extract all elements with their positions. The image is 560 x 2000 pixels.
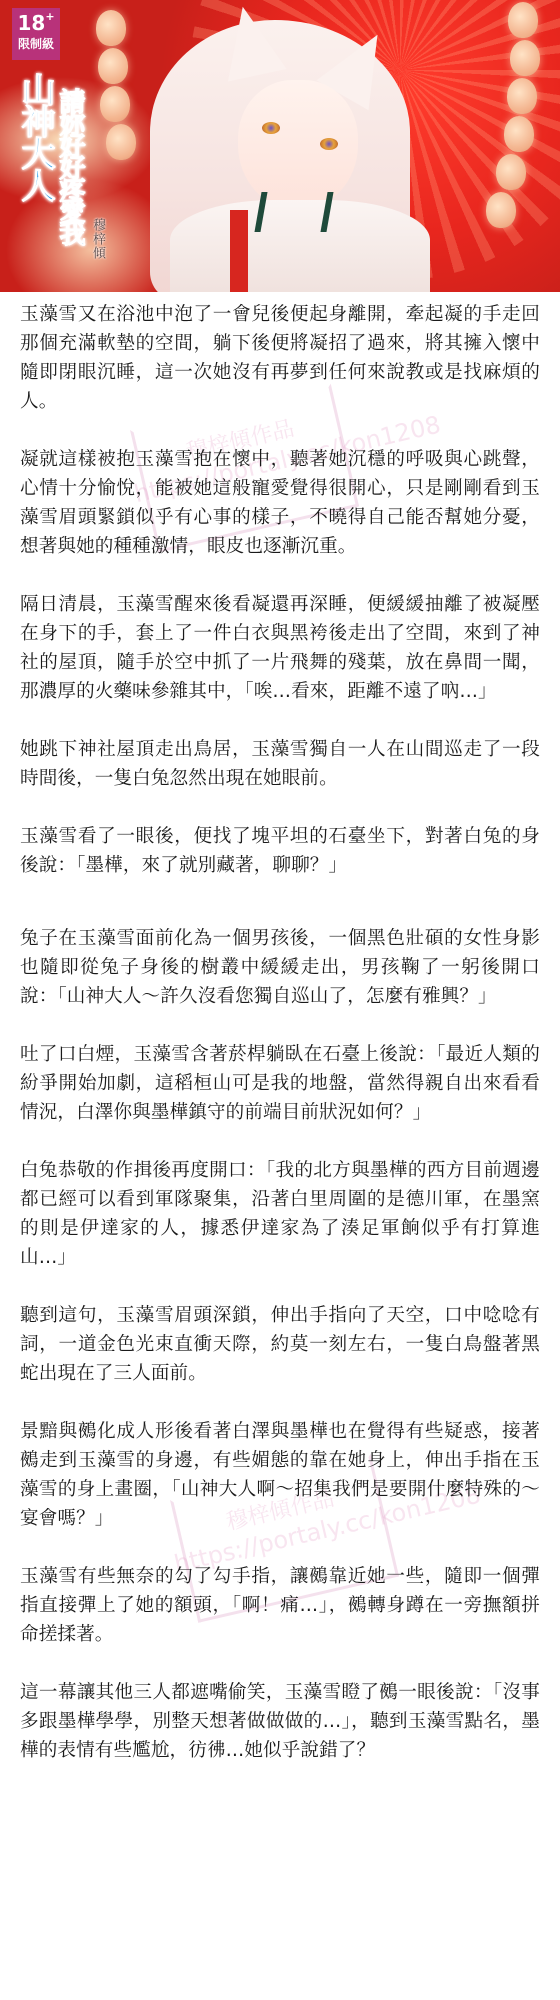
lantern-decoration bbox=[510, 40, 540, 76]
paragraph-spacer bbox=[20, 1388, 540, 1417]
paragraph-spacer bbox=[20, 1127, 540, 1156]
robe-collar bbox=[254, 192, 333, 232]
chapter-body: 玉藻雪又在浴池中泡了一會兒後便起身離開，牽起凝的手走回那個充滿軟墊的空間，躺下後… bbox=[20, 300, 540, 1765]
lantern-decoration bbox=[508, 2, 538, 38]
paragraph-spacer bbox=[20, 706, 540, 735]
paragraph: 白兔恭敬的作揖後再度開口：「我的北方與墨樺的西方目前週邊都已經可以看到軍隊聚集，… bbox=[20, 1156, 540, 1272]
robe-red-cord bbox=[230, 210, 248, 292]
author-name: 穆梓傾 bbox=[88, 218, 107, 260]
paragraph-spacer bbox=[20, 793, 540, 822]
age-rating-number: 18+ bbox=[12, 10, 60, 36]
lantern-decoration bbox=[100, 86, 130, 122]
character-face bbox=[238, 80, 358, 210]
paragraph: 玉藻雪有些無奈的勾了勾手指，讓鵺靠近她一些，隨即一個彈指直接彈上了她的額頭，「啊… bbox=[20, 1562, 540, 1649]
paragraph: 兔子在玉藻雪面前化為一個男孩後，一個黑色壯碩的女性身影也隨即從兔子身後的樹叢中緩… bbox=[20, 924, 540, 1011]
lantern-decoration bbox=[486, 192, 516, 228]
paragraph: 這一幕讓其他三人都遮嘴偷笑，玉藻雪瞪了鵺一眼後說：「沒事多跟墨樺學學，別整天想著… bbox=[20, 1678, 540, 1765]
paragraph: 吐了口白煙，玉藻雪含著菸桿躺臥在石臺上後說：「最近人類的紛爭開始加劇，這稻桓山可… bbox=[20, 1040, 540, 1127]
character-eye bbox=[320, 138, 338, 150]
lantern-decoration bbox=[98, 48, 128, 84]
paragraph: 凝就這樣被抱玉藻雪抱在懷中，聽著她沉穩的呼吸與心跳聲，心情十分愉悅，能被她這般寵… bbox=[20, 445, 540, 561]
rating-label: 限制級 bbox=[12, 36, 60, 52]
paragraph: 景黯與鵺化成人形後看著白澤與墨樺也在覺得有些疑惑，接著鵺走到玉藻雪的身邊，有些媚… bbox=[20, 1417, 540, 1533]
book-title-sub: 請妳好好疼愛我 bbox=[55, 88, 85, 242]
character-eye bbox=[262, 122, 280, 134]
paragraph-spacer bbox=[20, 1011, 540, 1040]
lantern-decoration bbox=[504, 116, 534, 152]
cover-image: 18+ 限制級 山神大人 請妳好好疼愛我 穆梓傾 bbox=[0, 0, 560, 292]
paragraph: 玉藻雪看了一眼後，便找了塊平坦的石臺坐下，對著白兔的身後說：「墨樺，來了就別藏著… bbox=[20, 822, 540, 880]
paragraph-spacer bbox=[20, 416, 540, 445]
age-rating-badge: 18+ 限制級 bbox=[12, 8, 60, 60]
paragraph: 聽到這句，玉藻雪眉頭深鎖，伸出手指向了天空，口中唸唸有詞，一道金色光束直衝天際，… bbox=[20, 1301, 540, 1388]
lantern-decoration bbox=[507, 78, 537, 114]
paragraph-spacer bbox=[20, 1533, 540, 1562]
paragraph: 她跳下神社屋頂走出鳥居，玉藻雪獨自一人在山間巡走了一段時間後，一隻白兔忽然出現在… bbox=[20, 735, 540, 793]
paragraph-spacer bbox=[20, 561, 540, 590]
paragraph-spacer bbox=[20, 1649, 540, 1678]
lantern-decoration bbox=[496, 154, 526, 190]
paragraph-spacer bbox=[20, 880, 540, 924]
paragraph-spacer bbox=[20, 1272, 540, 1301]
lantern-decoration bbox=[106, 124, 136, 160]
paragraph: 玉藻雪又在浴池中泡了一會兒後便起身離開，牽起凝的手走回那個充滿軟墊的空間，躺下後… bbox=[20, 300, 540, 416]
lantern-decoration bbox=[96, 10, 126, 46]
book-title-main: 山神大人 bbox=[16, 72, 54, 200]
paragraph: 隔日清晨，玉藻雪醒來後看凝還再深睡，便緩緩抽離了被凝壓在身下的手，套上了一件白衣… bbox=[20, 590, 540, 706]
